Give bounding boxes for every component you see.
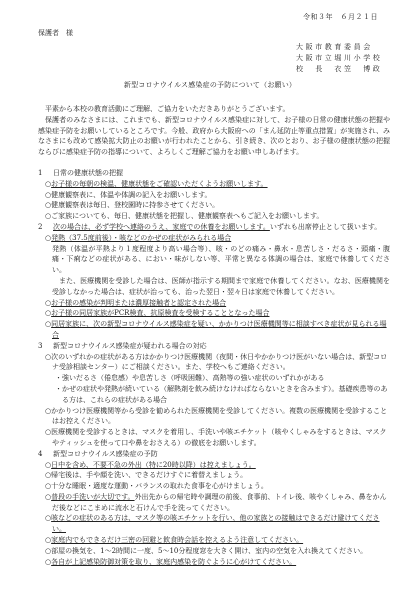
list-item: ○かかりつけ医療機関等から受診を勧められた医療機関を受診してください。複数の医療… [38,406,390,428]
list-item: ○部屋の換気を、1～2時間に一度、5～10分程度窓を大きく開け、室内の空気を入れ… [38,546,390,557]
document-title: 新型コロナウイルス感染症の予防について（お願い） [0,80,420,90]
section-heading-rest: いずれも出席停止として扱います。 [270,223,381,231]
sub-list-item: ・強いだるさ（倦怠感）や息苦しさ（呼吸困難）、高熱等の強い症状のいずれかがある [38,373,390,384]
addressee: 保護者 様 [38,28,73,38]
sender-school: 大阪市立堀川小学校 [296,53,382,64]
document-page: 令和３年 ６月２１日 保護者 様 大阪市教育委員会 大阪市立堀川小学校 校 長 … [0,0,420,613]
list-item-detail: また、医療機関を受診した場合は、医師が指示する期間まで家庭で休養してください。な… [38,276,390,298]
section-3-heading: 3新型コロナウイルス感染症が疑われる場合の対応 [38,341,390,352]
list-item: ○発熱（37.5度前後）・咳などのかぜの症状がみられる場合 [38,233,390,244]
list-item: ○咳などの症状のある方は、マスク等の咳エチケットを行い、他の家族との接触はできる… [38,513,390,535]
list-item: ○健康観察表に、体温や体調の記入をお願いします。 [38,190,390,201]
section-number: 2 [38,222,53,233]
list-item-detail: 発熱（体温が平熱より１度程度より高い場合等）、咳・のどの痛み・鼻水・息苦しさ・だ… [38,244,390,276]
sender-principal: 校 長 衣笠 博政 [296,64,382,75]
section-2-heading: 2次の場合は、必ず学校へ連絡のうえ、家庭での休養をお願いします。いずれも出席停止… [38,222,390,233]
section-heading-text: 新型コロナウイルス感染症が疑われる場合の対応 [53,342,207,350]
intro-paragraph-1: 平素から本校の教育活動にご理解、ご協力をいただきありがとうございます。 [38,104,390,115]
document-date: 令和３年 ６月２１日 [303,12,378,22]
list-item: ○健康観察表は毎日、登校園時に持参させてください。 [38,200,390,211]
list-item: ○ご家族についても、毎日、健康状態を把握し、健康観察表へもご記入をお願いします。 [38,211,390,222]
sender-block: 大阪市教育委員会 大阪市立堀川小学校 校 長 衣笠 博政 [296,42,382,75]
list-item: ○医療機関を受診するときは、マスクを着用し、手洗いや咳エチケット（咳やくしゃみを… [38,427,390,449]
section-heading-text: 日常の健康状態の把握 [53,169,123,177]
section-number: 4 [38,449,53,460]
dot-bullet-icon: ・ [55,374,62,382]
list-item: ○帰宅後は、手や顔を洗い、できるだけすぐに着替えましょう。 [38,470,390,481]
list-item: ○次のいずれかの症状がある方はかかりつけ医療機関（夜間・休日やかかりつけ医がいな… [38,352,390,374]
section-4-heading: 4新型コロナウイルス感染症の予防 [38,449,390,460]
list-item: ○十分な睡眠・適度な運動・バランスの取れた食事を心がけましょう。 [38,481,390,492]
list-item: ○普段の手洗いが大切です。外出先からの帰宅時や調理の前後、食事前、トイレ後、咳や… [38,492,390,514]
list-item: ○お子様の感染が判明または濃厚接触者と認定された場合 [38,298,390,309]
list-item: ○同居家族に、次の新型コロナウイルス感染症を疑い、かかりつけ医療機関等に相談すべ… [38,319,390,341]
list-item: ○お子様の同居家族がPCR検査、抗原検査を受検することとなった場合 [38,308,390,319]
section-heading-text: 新型コロナウイルス感染症の予防 [53,450,158,458]
section-number: 3 [38,341,53,352]
list-item: ○各自が上記感染防御対策を取り、家庭内感染を防ぐように心がけてください。 [38,557,390,568]
list-item: ○お子様の毎朝の検温、健康状態をご確認いただくようお願いします。 [38,179,390,190]
intro-paragraph-2: 保護者のみなさまには、これまでも、新型コロナウイルス感染症に対して、お子様の日常… [38,115,390,158]
section-1-heading: 1日常の健康状態の把握 [38,168,390,179]
list-item: ○家庭内でもできるだけ三密の回避と飲食時会話を控えるよう注意してください。 [38,535,390,546]
dot-bullet-icon: ・ [55,385,62,393]
document-body: 平素から本校の教育活動にご理解、ご協力をいただきありがとうございます。 保護者の… [38,104,390,567]
sub-list-item: ・かぜの症状や発熱が続いている（解熱剤を飲み続けなければならないときを含みます）… [38,384,390,406]
section-number: 1 [38,168,53,179]
list-item: ○日中を含め、不要不急の外出（特に20時以降）は控えましょう。 [38,460,390,471]
sender-organization: 大阪市教育委員会 [296,42,382,53]
section-heading-underlined: 次の場合は、必ず学校へ連絡のうえ、家庭での休養をお願いします。 [53,223,270,231]
